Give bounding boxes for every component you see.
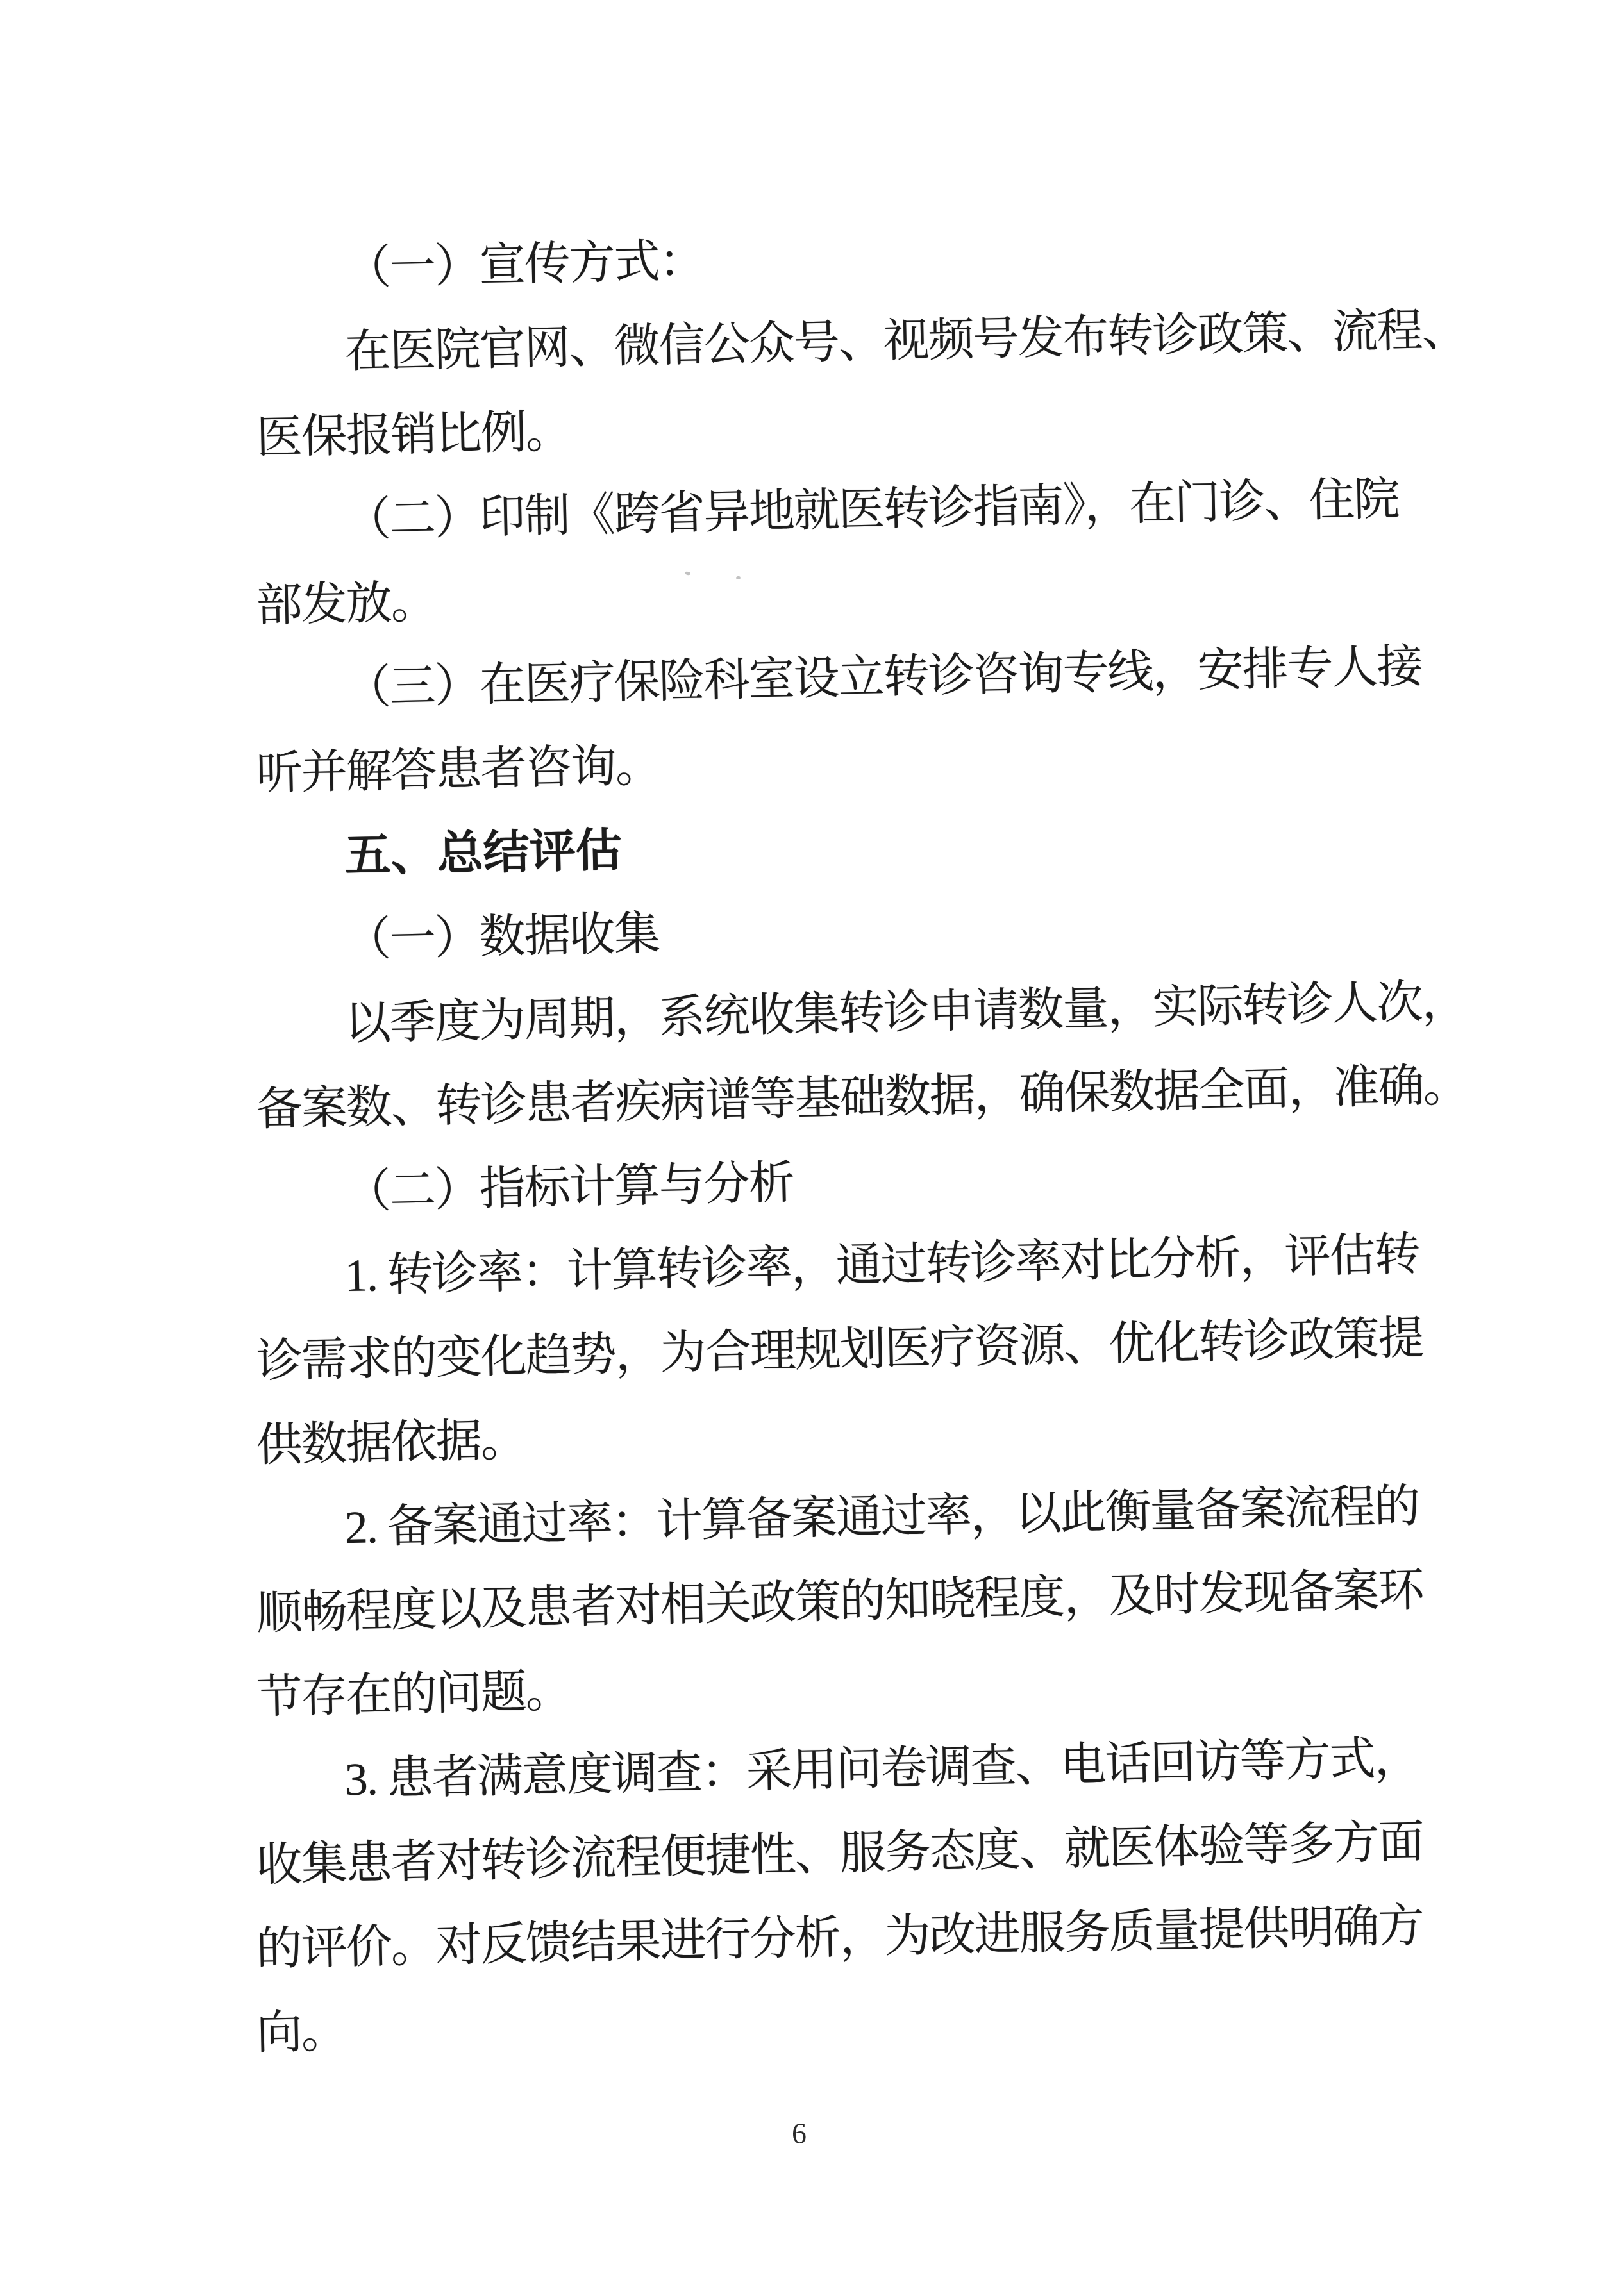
text-line: 在医院官网、微信公众号、视频号发布转诊政策、流程、 xyxy=(256,306,1467,377)
text-line: 供数据依据。 xyxy=(256,1417,526,1468)
text-line: （一）数据收集 xyxy=(256,910,659,965)
text-line: 诊需求的变化趋势，为合理规划医疗资源、优化转诊政策提 xyxy=(256,1315,1423,1385)
document-page: （一）宣传方式：在医院官网、微信公众号、视频号发布转诊政策、流程、医保报销比例。… xyxy=(0,0,1615,2296)
text-line: 向。 xyxy=(256,2008,346,2056)
text-line: 备案数、转诊患者疾病谱等基础数据，确保数据全面，准确。 xyxy=(256,1062,1468,1133)
text-line: 部发放。 xyxy=(256,579,436,629)
text-line: 节存在的问题。 xyxy=(256,1668,571,1720)
text-line: 五、总结评估 xyxy=(256,828,622,881)
text-line: 1. 转诊率：计算转诊率，通过转诊率对比分析，评估转 xyxy=(256,1231,1419,1301)
text-line: （一）宣传方式： xyxy=(256,238,704,293)
text-line: （二）指标计算与分析 xyxy=(256,1160,794,1217)
text-line: 顺畅程度以及患者对相关政策的知晓程度，及时发现备案环 xyxy=(256,1567,1423,1636)
text-line: 2. 备案通过率：计算备案通过率，以此衡量备案流程的 xyxy=(256,1483,1419,1552)
text-line: （二）印制《跨省异地就医转诊指南》，在门诊、住院 xyxy=(256,476,1399,545)
text-line: 以季度为周期，系统收集转诊申请数量，实际转诊人次， xyxy=(256,978,1467,1049)
text-line: 医保报销比例。 xyxy=(256,408,571,461)
text-line: 3. 患者满意度调查：采用问卷调查、电话回访等方式， xyxy=(256,1735,1419,1804)
document-text-block: （一）宣传方式：在医院官网、微信公众号、视频号发布转诊政策、流程、医保报销比例。… xyxy=(256,0,1513,2296)
text-line: 的评价。对反馈结果进行分析，为改进服务质量提供明确方 xyxy=(256,1902,1423,1972)
page-number: 6 xyxy=(792,2117,807,2150)
text-line: 收集患者对转诊流程便捷性、服务态度、就医体验等多方面 xyxy=(256,1818,1423,1888)
text-line: （三）在医疗保险科室设立转诊咨询专线，安排专人接 xyxy=(256,644,1422,713)
text-line: 听并解答患者咨询。 xyxy=(256,742,660,797)
